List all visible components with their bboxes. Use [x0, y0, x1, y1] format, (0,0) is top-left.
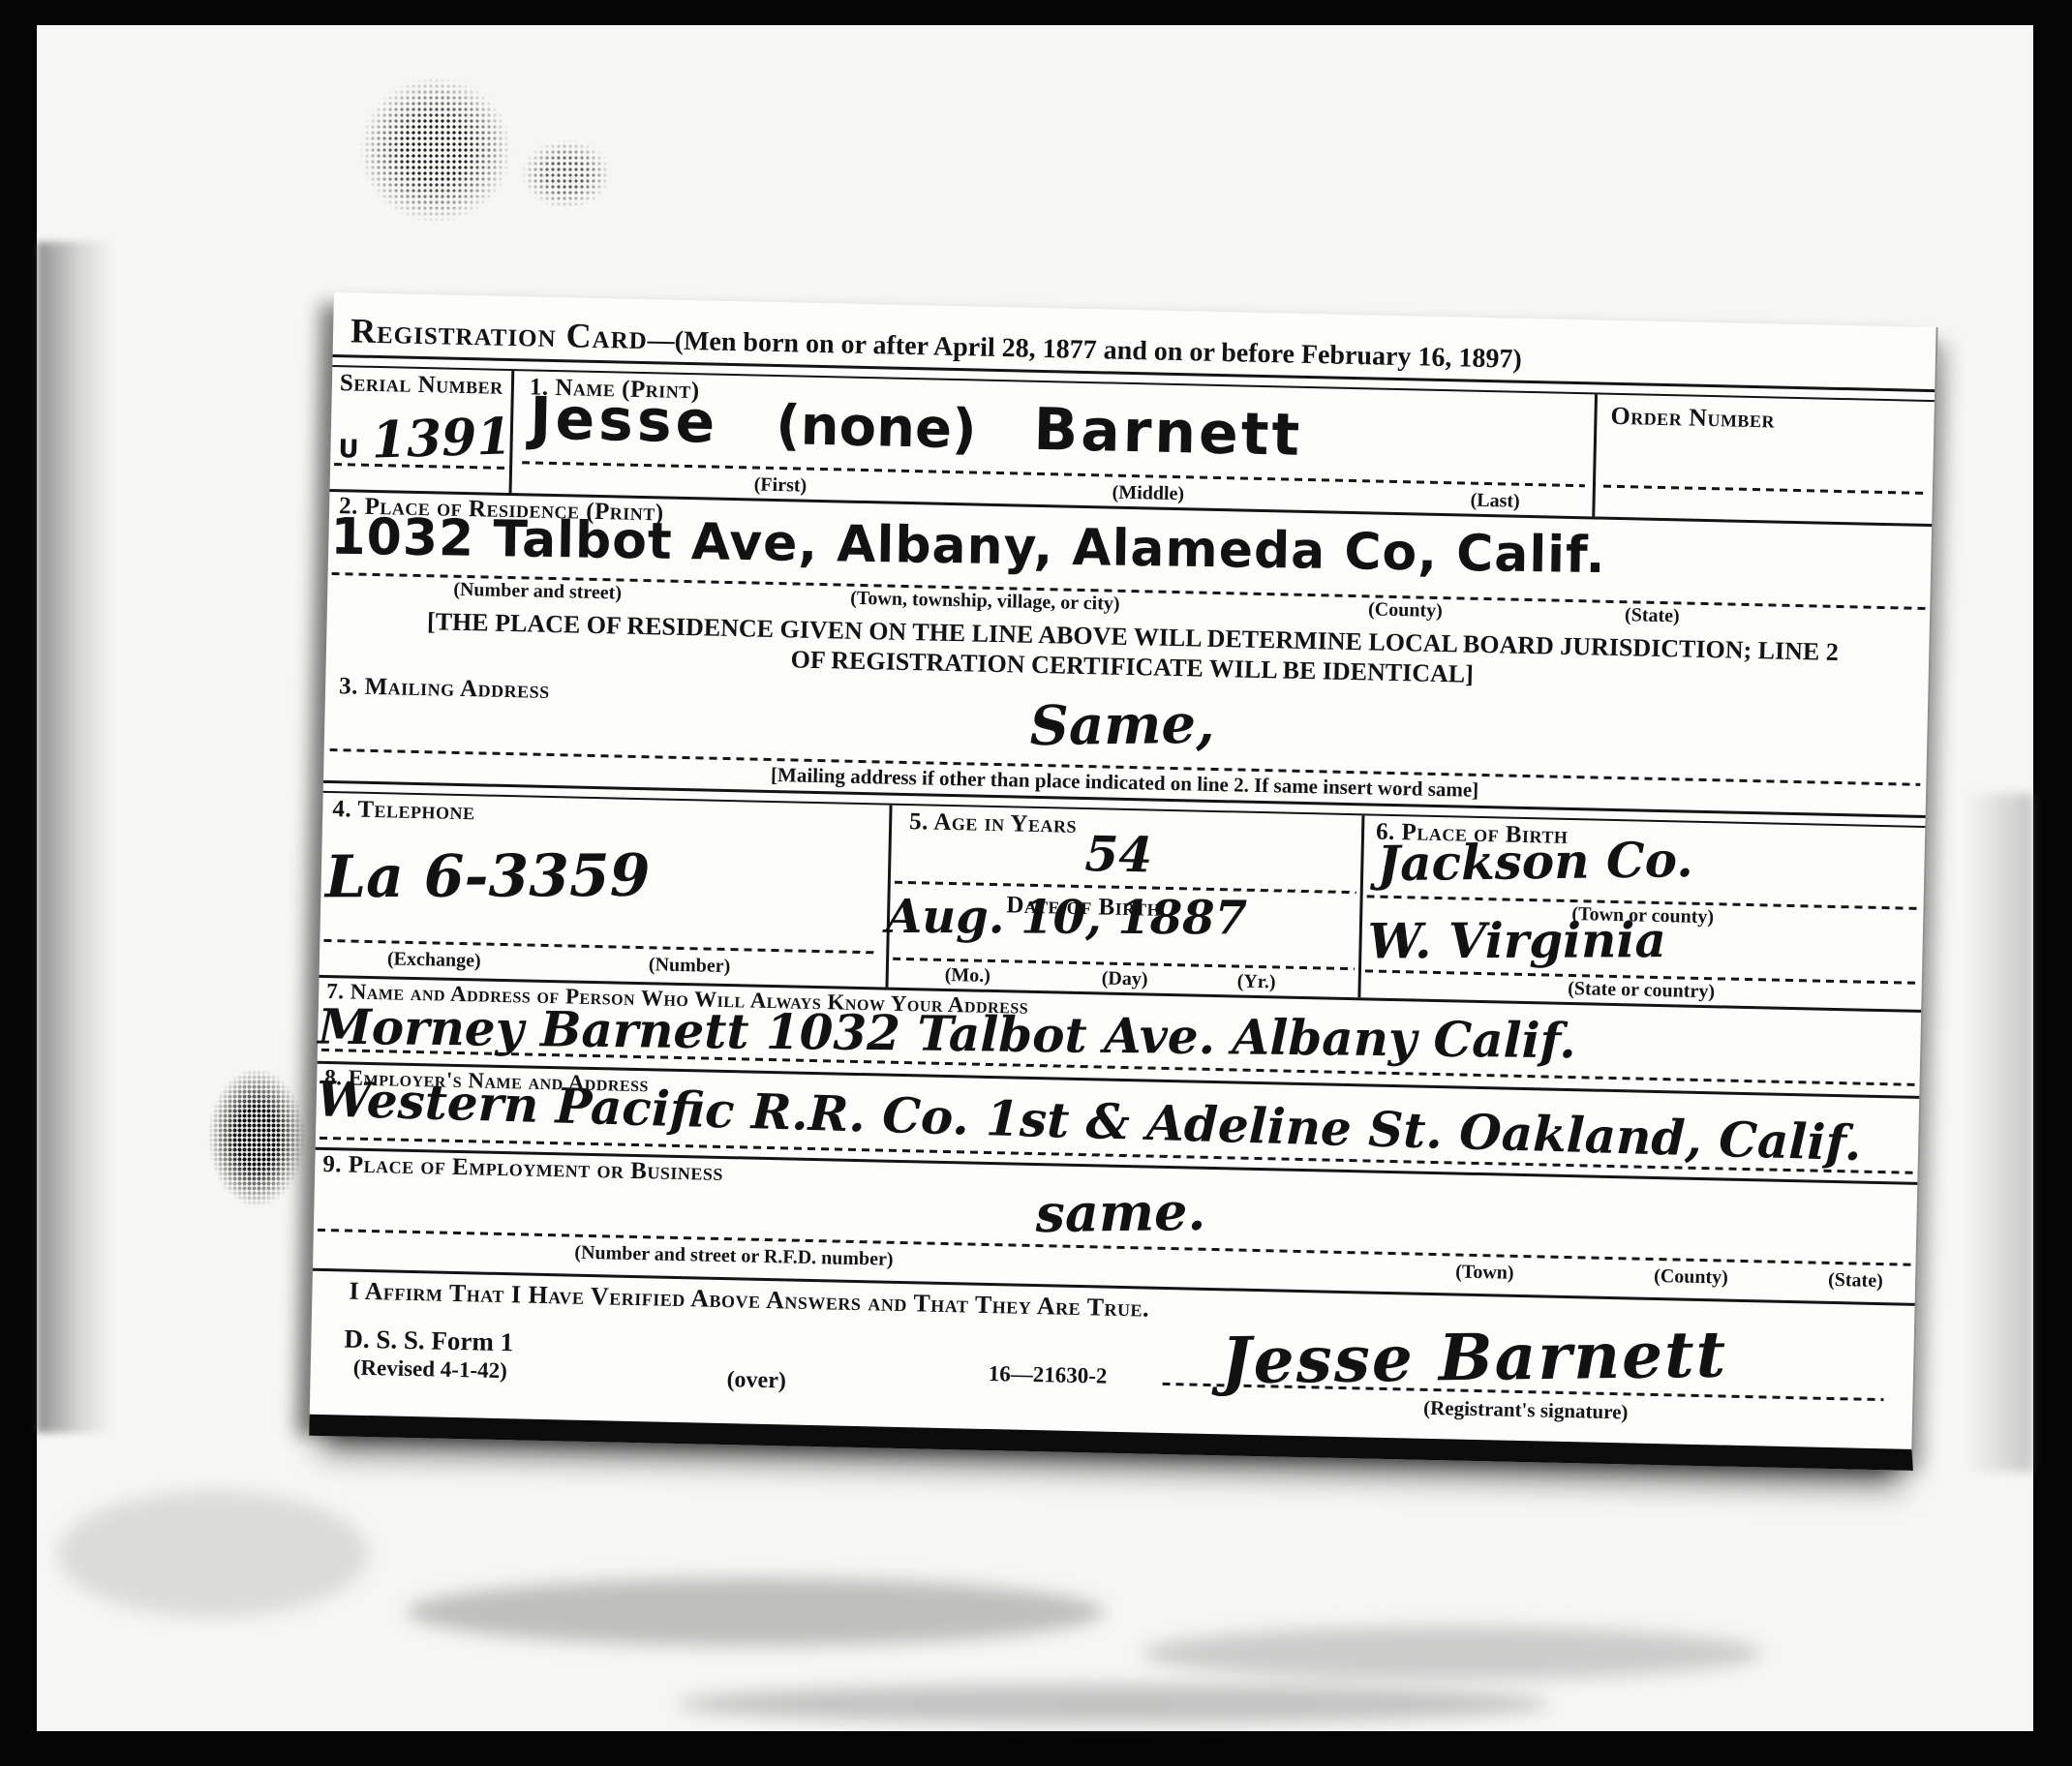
telephone-sublabel-number: (Number)	[649, 954, 731, 978]
speckle-blob-bottom-left	[189, 1041, 324, 1234]
form-revision: (Revised 4-1-42)	[352, 1355, 507, 1384]
employment-sublabel-street: (Number and street or R.F.D. number)	[574, 1242, 894, 1271]
scan-border-right	[2033, 0, 2072, 1766]
employment-sublabel-state: (State)	[1828, 1269, 1883, 1293]
age-label: 5. Age in Years	[909, 809, 1077, 838]
signature-sublabel: (Registrant's signature)	[1423, 1396, 1629, 1425]
scan-border-bottom	[0, 1731, 2072, 1766]
age-cell: 5. Age in Years 54 Date of Birth Aug. 10…	[888, 806, 1364, 998]
smudge-bottom-3	[58, 1491, 368, 1617]
name-last: Barnett	[1033, 396, 1303, 470]
card-title: Registration Card	[350, 311, 649, 356]
residence-sublabel-county: (County)	[1368, 598, 1443, 623]
employment-sublabel-county: (County)	[1654, 1265, 1728, 1290]
residence-sublabel-town: (Town, township, village, or city)	[850, 588, 1120, 616]
scan-border-left	[0, 0, 37, 1766]
residence-value: 1032 Talbot Ave, Albany, Alameda Co, Cal…	[330, 508, 1606, 586]
form-number: D. S. S. Form 1	[344, 1324, 513, 1357]
registration-card: Registration Card—(Men born on or after …	[309, 292, 1937, 1471]
dob-sublabel-mo: (Mo.)	[945, 964, 991, 988]
page-edge-shadow-right	[1965, 794, 2033, 1472]
order-number-label: Order Number	[1610, 403, 1775, 433]
mailing-label: 3. Mailing Address	[339, 674, 550, 704]
birthplace-town-value: Jackson Co.	[1377, 831, 1693, 892]
speckle-blob-top-2	[503, 126, 629, 223]
registrant-signature: Jesse Barnett	[1221, 1317, 1728, 1399]
name-write-line	[522, 461, 1585, 487]
employment-sublabel-town: (Town)	[1455, 1262, 1514, 1285]
name-first: Jesse	[529, 384, 719, 456]
serial-number-value: 1391	[371, 407, 513, 470]
scan-border-top	[0, 0, 2072, 25]
telephone-label: 4. Telephone	[332, 797, 475, 825]
print-code: 16—21630-2	[989, 1361, 1108, 1389]
telephone-value: La 6-3359	[325, 842, 651, 911]
name-sublabel-first: (First)	[754, 474, 807, 498]
employment-label: 9. Place of Employment or Business	[322, 1152, 723, 1186]
card-footer: D. S. S. Form 1 (Revised 4-1-42) (over) …	[310, 1312, 1914, 1449]
dob-sublabel-yr: (Yr.)	[1236, 971, 1275, 994]
order-number-cell: Order Number	[1595, 394, 1935, 524]
age-value: 54	[1084, 825, 1153, 884]
smudge-bottom-2	[1143, 1627, 1762, 1680]
serial-number-label: Serial Number	[340, 371, 503, 400]
telephone-sublabel-exchange: (Exchange)	[387, 948, 481, 972]
order-write-line	[1603, 485, 1925, 495]
residence-sublabel-state: (State)	[1625, 604, 1680, 627]
smudge-bottom-1	[407, 1578, 1104, 1646]
serial-number-cell: Serial Number U 1391	[330, 367, 515, 493]
residence-sublabel-street: (Number and street)	[453, 579, 622, 605]
birthplace-state-value: W. Virginia	[1368, 911, 1666, 969]
employment-value: same.	[1035, 1180, 1206, 1244]
mailing-value: Same,	[1029, 692, 1215, 758]
tel-age-birth-row: 4. Telephone La 6-3359 (Exchange) (Numbe…	[320, 793, 1926, 1010]
birthplace-cell: 6. Place of Birth Jackson Co. (Town or c…	[1360, 815, 1925, 1010]
dob-sublabel-day: (Day)	[1101, 967, 1147, 990]
smudge-bottom-4	[678, 1685, 1549, 1723]
telephone-cell: 4. Telephone La 6-3359 (Exchange) (Numbe…	[320, 793, 893, 988]
contact-value: Morney Barnett 1032 Talbot Ave. Albany C…	[318, 998, 1576, 1070]
dob-value: Aug. 10, 1887	[886, 890, 1247, 946]
serial-prefix: U	[338, 435, 359, 464]
name-sublabel-middle: (Middle)	[1112, 482, 1184, 506]
scanned-document: Registration Card—(Men born on or after …	[0, 0, 2072, 1766]
name-sublabel-last: (Last)	[1470, 490, 1520, 513]
name-middle: (none)	[776, 394, 978, 462]
page-edge-shadow-left	[37, 242, 114, 1433]
over-note: (over)	[726, 1367, 786, 1394]
